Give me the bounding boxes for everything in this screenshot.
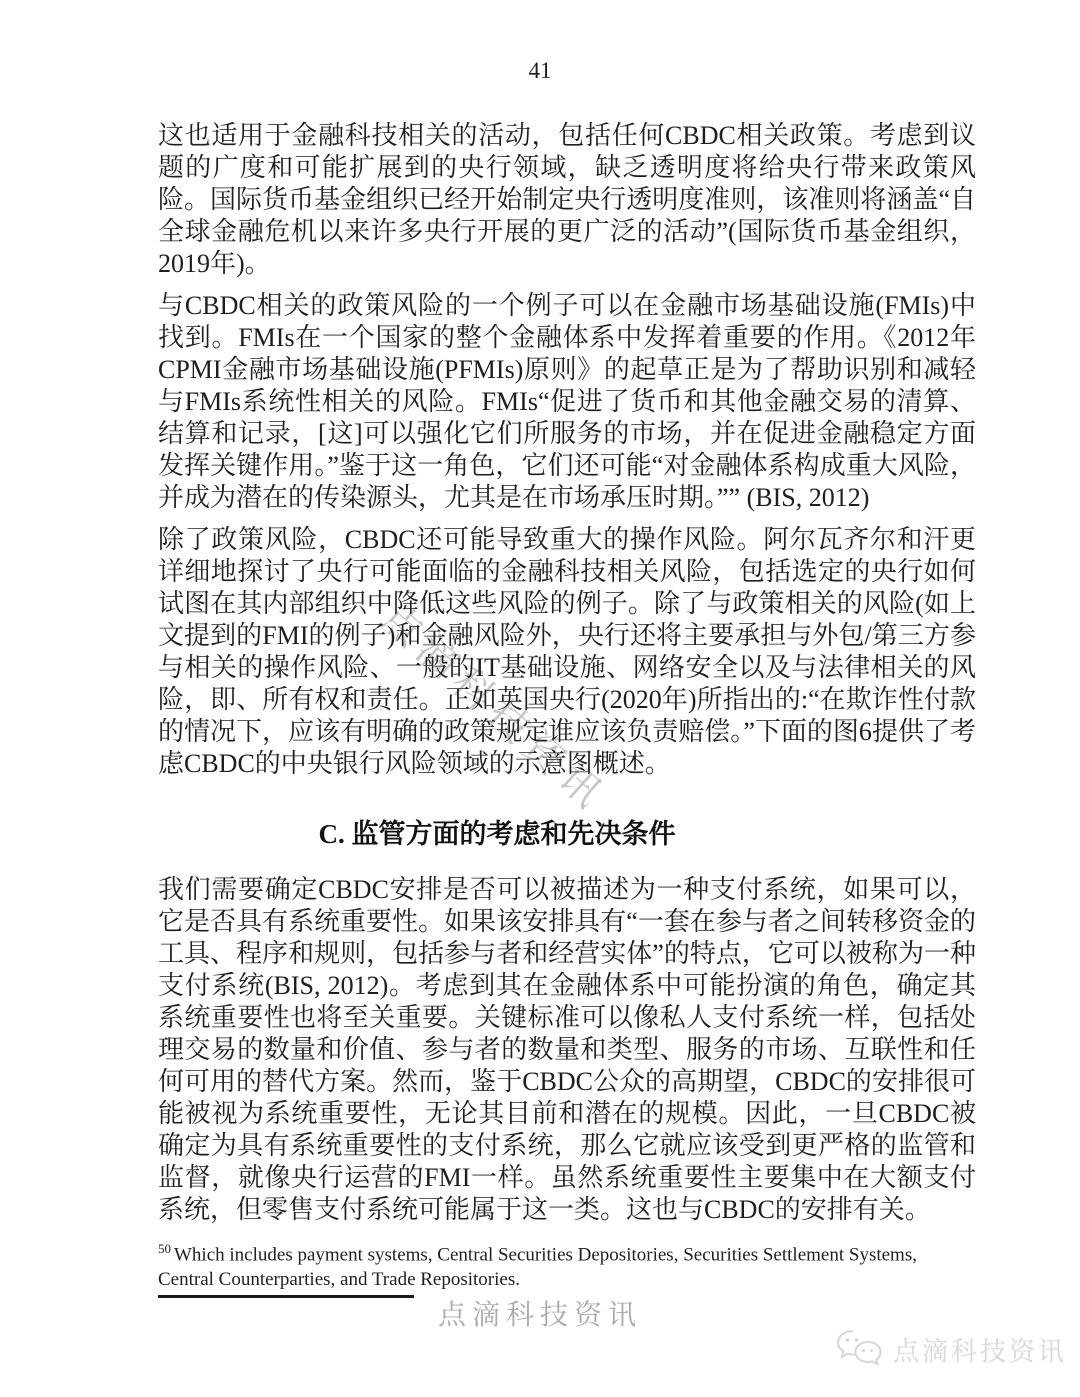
watermark-bottom-right: 点滴科技资讯 [835,1328,1067,1370]
paragraph-payment-system: 我们需要确定CBDC安排是否可以被描述为一种支付系统，如果可以，它是否具有系统重… [158,874,976,1226]
footnote-marker: 50 [158,1241,171,1256]
section-heading: C. 监管方面的考虑和先决条件 [88,814,906,854]
page-number: 41 [0,58,1080,84]
wechat-icon [835,1328,885,1370]
footnote: 50Which includes payment systems, Centra… [158,1236,976,1298]
page-content: 这也适用于金融科技相关的活动，包括任何CBDC相关政策。考虑到议题的广度和可能扩… [158,120,976,1298]
watermark-bottom-center: 点滴科技资讯 [0,1293,1080,1333]
paragraph-transparency-risk: 这也适用于金融科技相关的活动，包括任何CBDC相关政策。考虑到议题的广度和可能扩… [158,120,976,280]
footnote-text: Which includes payment systems, Central … [158,1244,917,1290]
watermark-bottom-right-text: 点滴科技资讯 [893,1331,1067,1368]
footnote-underline [158,1295,414,1298]
paragraph-fmi-policy-risk: 与CBDC相关的政策风险的一个例子可以在金融市场基础设施(FMIs)中找到。FM… [158,290,976,514]
document-page: 41 点滴科技资讯 这也适用于金融科技相关的活动，包括任何CBDC相关政策。考虑… [0,0,1080,1397]
paragraph-operational-risk: 除了政策风险，CBDC还可能导致重大的操作风险。阿尔瓦齐尔和汗更详细地探讨了央行… [158,524,976,780]
